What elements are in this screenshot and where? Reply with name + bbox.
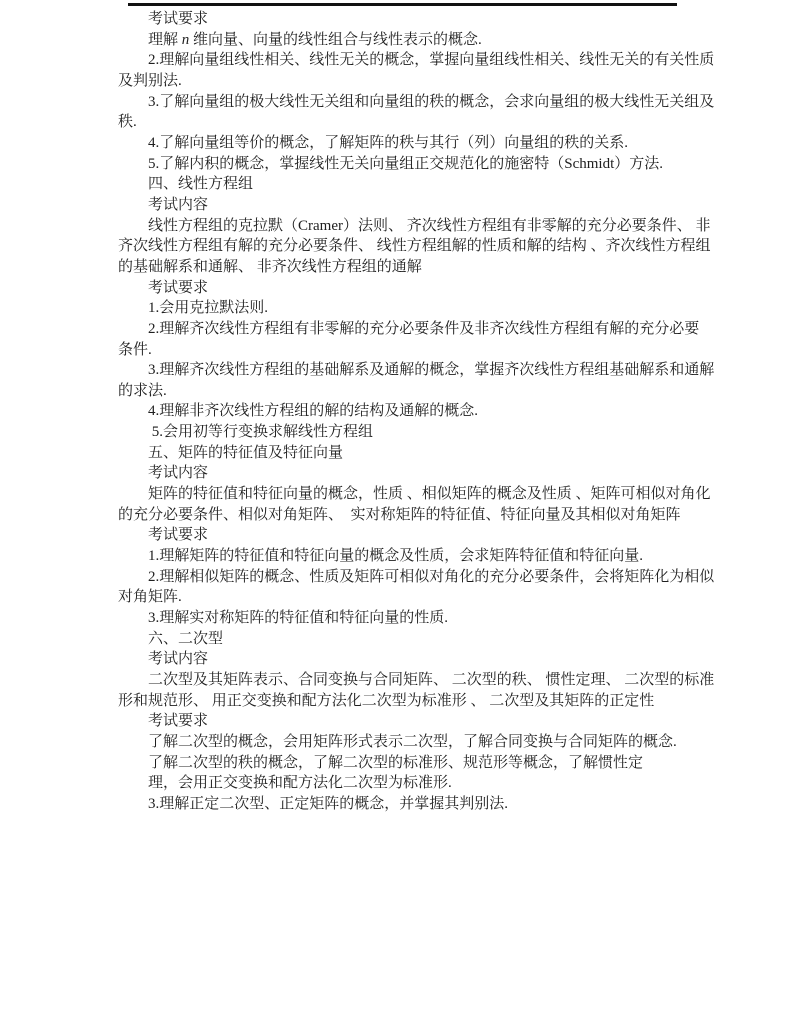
text-line: 考试要求 bbox=[118, 525, 708, 546]
text-line: 齐次线性方程组有解的充分必要条件、 线性方程组解的性质和解的结构 、齐次线性方程… bbox=[118, 236, 708, 257]
text-line: 4.了解向量组等价的概念，了解矩阵的秩与其行（列）向量组的秩的关系. bbox=[118, 133, 708, 154]
text-line: 5.了解内积的概念，掌握线性无关向量组正交规范化的施密特（Schmidt）方法. bbox=[118, 154, 708, 175]
text-line: 考试内容 bbox=[118, 463, 708, 484]
text-line: 4.理解非齐次线性方程组的解的结构及通解的概念. bbox=[118, 401, 708, 422]
text-line: 1.会用克拉默法则. bbox=[118, 298, 708, 319]
text-line: 五、矩阵的特征值及特征向量 bbox=[118, 443, 708, 464]
text-line: 了解二次型的秩的概念，了解二次型的标准形、规范形等概念，了解惯性定 bbox=[118, 753, 708, 774]
text-line: 2.理解齐次线性方程组有非零解的充分必要条件及非齐次线性方程组有解的充分必要 bbox=[118, 319, 708, 340]
text-line: 对角矩阵. bbox=[118, 587, 708, 608]
text-line: 考试要求 bbox=[118, 9, 708, 30]
text-line: 3.理解实对称矩阵的特征值和特征向量的性质. bbox=[118, 608, 708, 629]
text-line: 理解 n 维向量、向量的线性组合与线性表示的概念. bbox=[118, 30, 708, 51]
text-line: 5.会用初等行变换求解线性方程组 bbox=[118, 422, 708, 443]
text-run: 维向量、向量的线性组合与线性表示的概念. bbox=[189, 32, 482, 48]
text-line: 的充分必要条件、相似对角矩阵、 实对称矩阵的特征值、特征向量及其相似对角矩阵 bbox=[118, 505, 708, 526]
text-run: 理解 bbox=[148, 32, 182, 48]
text-line: 考试内容 bbox=[118, 649, 708, 670]
text-line: 的求法. bbox=[118, 381, 708, 402]
text-line: 2.理解相似矩阵的概念、性质及矩阵可相似对角化的充分必要条件，会将矩阵化为相似 bbox=[118, 567, 708, 588]
text-line: 3.理解齐次线性方程组的基础解系及通解的概念，掌握齐次线性方程组基础解系和通解 bbox=[118, 360, 708, 381]
text-line: 3.理解正定二次型、正定矩阵的概念，并掌握其判别法. bbox=[118, 794, 708, 815]
text-line: 形和规范形、 用正交变换和配方法化二次型为标准形 、 二次型及其矩阵的正定性 bbox=[118, 691, 708, 712]
text-line: 1.理解矩阵的特征值和特征向量的概念及性质，会求矩阵特征值和特征向量. bbox=[118, 546, 708, 567]
text-line: 矩阵的特征值和特征向量的概念，性质 、相似矩阵的概念及性质 、矩阵可相似对角化 bbox=[118, 484, 708, 505]
text-line: 及判别法. bbox=[118, 71, 708, 92]
text-line: 考试要求 bbox=[118, 278, 708, 299]
text-line: 了解二次型的概念，会用矩阵形式表示二次型，了解合同变换与合同矩阵的概念. bbox=[118, 732, 708, 753]
text-line: 考试要求 bbox=[118, 711, 708, 732]
text-line: 四、线性方程组 bbox=[118, 174, 708, 195]
document-body: 考试要求理解 n 维向量、向量的线性组合与线性表示的概念.2.理解向量组线性相关… bbox=[118, 9, 708, 815]
document-page: 考试要求理解 n 维向量、向量的线性组合与线性表示的概念.2.理解向量组线性相关… bbox=[0, 0, 793, 1033]
text-line: 2.理解向量组线性相关、线性无关的概念，掌握向量组线性相关、线性无关的有关性质 bbox=[118, 50, 708, 71]
text-line: 理，会用正交变换和配方法化二次型为标准形. bbox=[118, 773, 708, 794]
text-line: 二次型及其矩阵表示、合同变换与合同矩阵、 二次型的秩、 惯性定理、 二次型的标准 bbox=[118, 670, 708, 691]
text-line: 六、二次型 bbox=[118, 629, 708, 650]
text-line: 线性方程组的克拉默（Cramer）法则、 齐次线性方程组有非零解的充分必要条件、… bbox=[118, 216, 708, 237]
text-line: 的基础解系和通解、 非齐次线性方程组的通解 bbox=[118, 257, 708, 278]
text-line: 秩. bbox=[118, 112, 708, 133]
text-line: 3.了解向量组的极大线性无关组和向量组的秩的概念，会求向量组的极大线性无关组及 bbox=[118, 92, 708, 113]
text-line: 考试内容 bbox=[118, 195, 708, 216]
top-rule-divider bbox=[128, 3, 677, 6]
text-line: 条件. bbox=[118, 340, 708, 361]
